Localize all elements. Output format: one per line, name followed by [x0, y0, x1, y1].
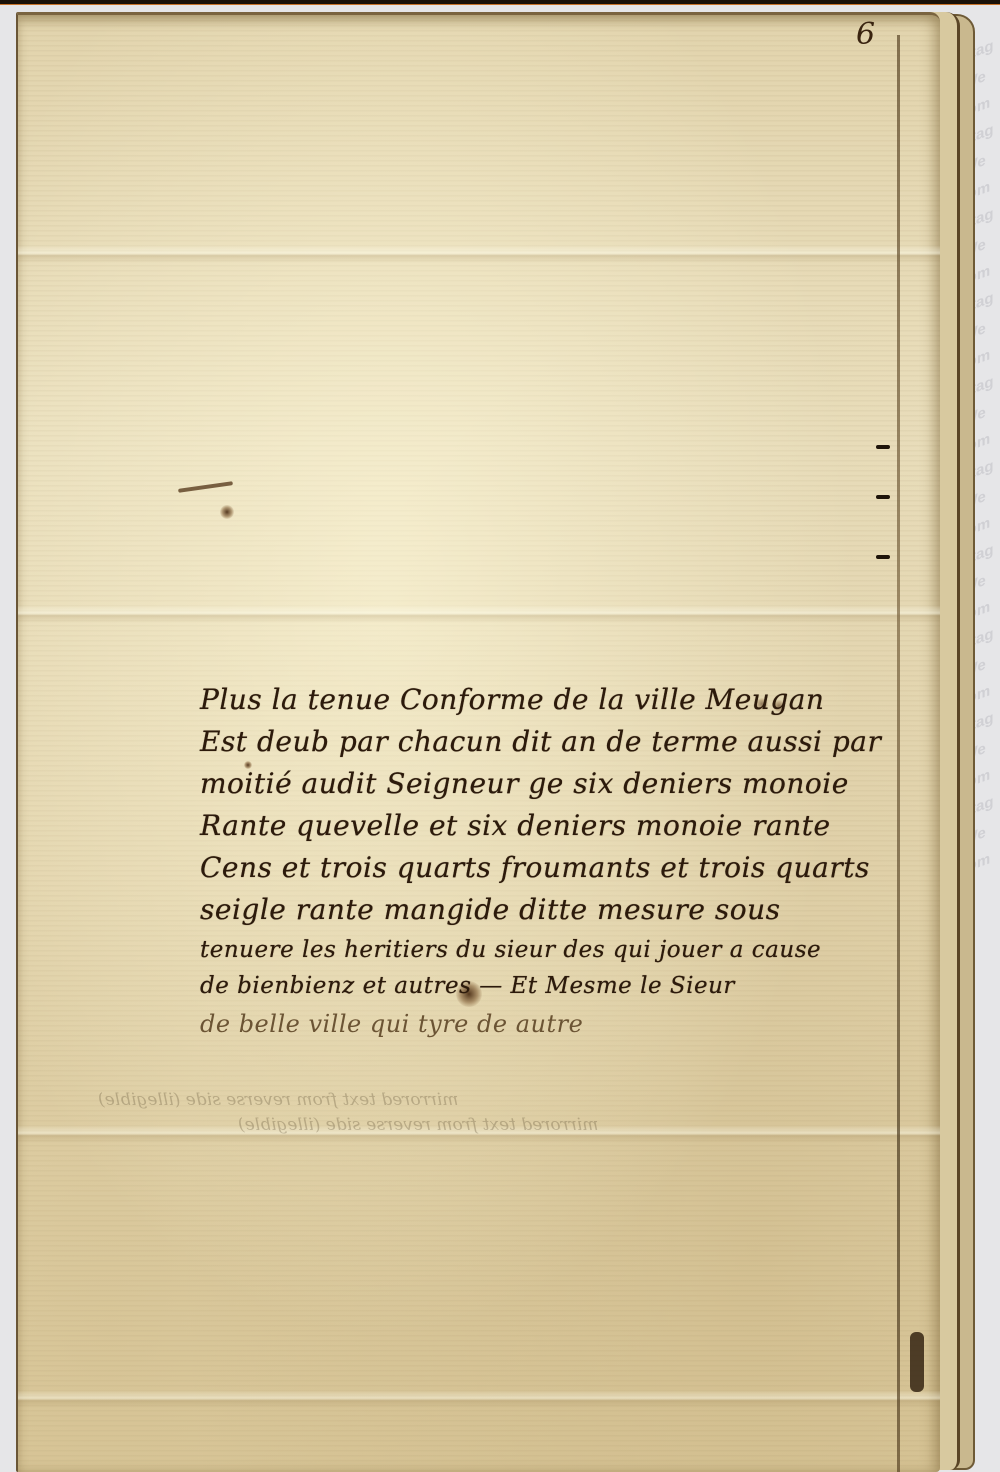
ink-blot: [220, 505, 234, 519]
bleed-through-line: mirrored text from reverse side (illegib…: [98, 1090, 458, 1110]
paper-fold: [18, 245, 940, 263]
manuscript-line: moitié audit Seigneur ge six deniers mon…: [200, 764, 940, 806]
binding-notch: [876, 555, 890, 559]
manuscript-line: Plus la tenue Conforme de la ville Meuga…: [200, 680, 940, 722]
manuscript-line: Cens et trois quarts froumants et trois …: [200, 848, 940, 890]
paper-fold: [18, 605, 940, 623]
manuscript-line: Est deub par chacun dit an de terme auss…: [200, 722, 940, 764]
manuscript-line: tenuere les heritiers du sieur des qui j…: [200, 932, 940, 968]
page-number: 6: [856, 17, 875, 52]
binding-notch: [876, 495, 890, 499]
manuscript-line: seigle rante mangide ditte mesure sous: [200, 890, 940, 932]
manuscript-line: de belle ville qui tyre de autre: [200, 1004, 940, 1046]
manuscript-line: Rante quevelle et six deniers monoie ran…: [200, 806, 940, 848]
manuscript-text-block: Plus la tenue Conforme de la ville Meuga…: [200, 680, 940, 1046]
paper-fold: [18, 1390, 940, 1408]
ink-smear: [178, 481, 233, 493]
scanner-top-edge: [0, 0, 1000, 5]
binding-notch: [876, 445, 890, 449]
dark-stain: [910, 1332, 924, 1392]
bleed-through-line: mirrored text from reverse side (illegib…: [238, 1115, 598, 1135]
manuscript-line: de bienbienz et autres — Et Mesme le Sie…: [200, 968, 940, 1004]
scan-stage: BretagneWeb.com BretagneWeb.com Bretagne…: [0, 0, 1000, 1472]
